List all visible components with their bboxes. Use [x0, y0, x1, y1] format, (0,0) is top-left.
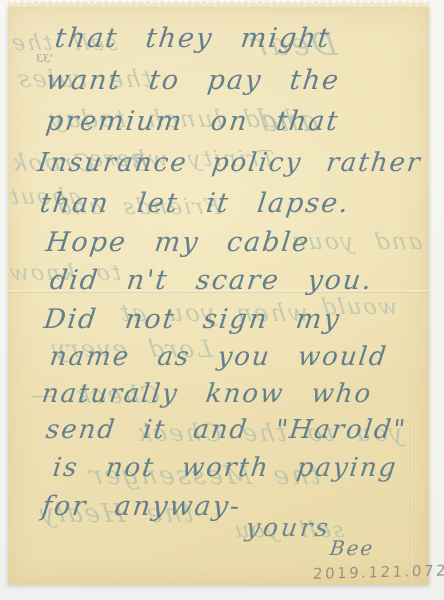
letter-line: that they might: [53, 23, 332, 54]
letter-line: than let it lapse.: [38, 188, 352, 219]
letter-line: name as you would: [48, 342, 389, 372]
letter-line: Insurance policy rather: [36, 148, 423, 178]
letter-line: did n't scare you.: [48, 265, 375, 296]
catalog-number: 2019.121.0720: [313, 561, 444, 583]
letter-line: want to pay the: [44, 65, 342, 96]
letter-line: naturally know who: [40, 379, 374, 409]
signature-closing: yours: [244, 513, 333, 542]
letter-line: send it and "Harold": [44, 415, 408, 445]
letter-line: premium on that: [44, 106, 341, 137]
letter-line: Hope my cable: [44, 227, 312, 258]
letter-page: '33 Dear sell the the rules had lunch to…: [8, 6, 429, 585]
perforated-edge: [8, 1, 429, 7]
letter-line: Did not sign my: [42, 304, 343, 335]
letter-line: is not worth paying: [51, 453, 399, 483]
letter-line: for anyway-: [40, 491, 243, 522]
edge-crease: [410, 421, 412, 585]
signature-name: Bee: [329, 536, 376, 560]
